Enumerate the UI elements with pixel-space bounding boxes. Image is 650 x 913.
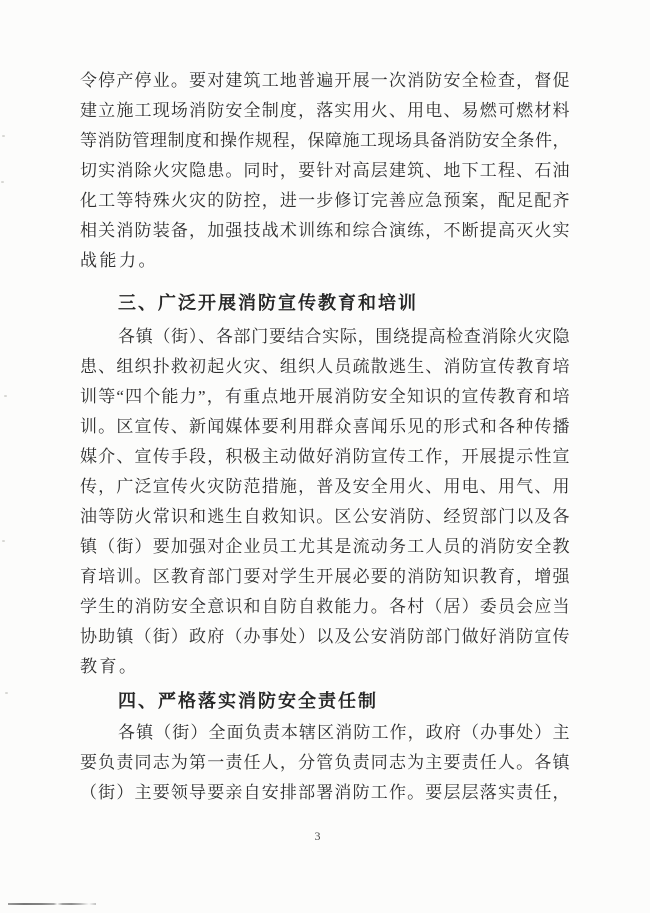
text-line: 传，广泛宣传火灾防范措施，普及安全用火、用电、用气、用: [80, 472, 570, 502]
text-line: 相关消防装备，加强技战术训练和综合演练，不断提高灭火实: [80, 216, 570, 246]
text-line: 战能力。: [80, 246, 570, 276]
scan-speck: [5, 692, 8, 694]
page-number: 3: [0, 829, 636, 844]
text-line: 教育。: [80, 652, 570, 682]
text-line: （街）主要领导要亲自安排部署消防工作。要层层落实责任，: [80, 778, 570, 808]
scan-artifact-line: [8, 903, 96, 905]
text-line: 患、组织扑救初起火灾、组织人员疏散逃生、消防宣传教育培: [80, 352, 570, 382]
scan-speck: [4, 395, 7, 397]
scan-speck: [1, 181, 4, 183]
text-line: 学生的消防安全意识和自防自救能力。各村（居）委员会应当: [80, 592, 570, 622]
document-body: 令停产停业。要对建筑工地普遍开展一次消防安全检查，督促建立施工现场消防安全制度，…: [80, 66, 570, 808]
text-line: 油等防火常识和逃生自救知识。区公安消防、经贸部门以及各: [80, 502, 570, 532]
section-heading: 四、严格落实消防安全责任制: [80, 686, 570, 716]
text-line: 各镇（街）、各部门要结合实际，围绕提高检查消除火灾隐: [80, 322, 570, 352]
scanned-document-page: 令停产停业。要对建筑工地普遍开展一次消防安全检查，督促建立施工现场消防安全制度，…: [0, 0, 650, 913]
scan-speck: [2, 135, 5, 137]
text-line: 育培训。区教育部门要对学生开展必要的消防知识教育，增强: [80, 562, 570, 592]
text-line: 媒介、宣传手段，积极主动做好消防宣传工作，开展提示性宣: [80, 442, 570, 472]
text-line: 各镇（街）全面负责本辖区消防工作，政府（办事处）主: [80, 718, 570, 748]
text-line: 训等“四个能力”，有重点地开展消防安全知识的宣传教育和培: [80, 382, 570, 412]
text-line: 镇（街）要加强对企业员工尤其是流动务工人员的消防安全教: [80, 532, 570, 562]
text-line: 切实消除火灾隐患。同时，要针对高层建筑、地下工程、石油: [80, 156, 570, 186]
text-line: 等消防管理制度和操作规程，保障施工现场具备消防安全条件，: [80, 126, 570, 156]
paragraph: 令停产停业。要对建筑工地普遍开展一次消防安全检查，督促建立施工现场消防安全制度，…: [80, 66, 570, 276]
text-line: 化工等特殊火灾的防控，进一步修订完善应急预案，配足配齐: [80, 186, 570, 216]
paragraph: 各镇（街）全面负责本辖区消防工作，政府（办事处）主要负责同志为第一责任人，分管负…: [80, 718, 570, 808]
paragraph: 各镇（街）、各部门要结合实际，围绕提高检查消除火灾隐患、组织扑救初起火灾、组织人…: [80, 322, 570, 682]
scan-speck: [2, 540, 5, 542]
section-heading: 三、广泛开展消防宣传教育和培训: [80, 288, 570, 318]
text-line: 训。区宣传、新闻媒体要利用群众喜闻乐见的形式和各种传播: [80, 412, 570, 442]
text-line: 协助镇（街）政府（办事处）以及公安消防部门做好消防宣传: [80, 622, 570, 652]
text-line: 令停产停业。要对建筑工地普遍开展一次消防安全检查，督促: [80, 66, 570, 96]
text-line: 建立施工现场消防安全制度，落实用火、用电、易燃可燃材料: [80, 96, 570, 126]
text-line: 要负责同志为第一责任人，分管负责同志为主要责任人。各镇: [80, 748, 570, 778]
